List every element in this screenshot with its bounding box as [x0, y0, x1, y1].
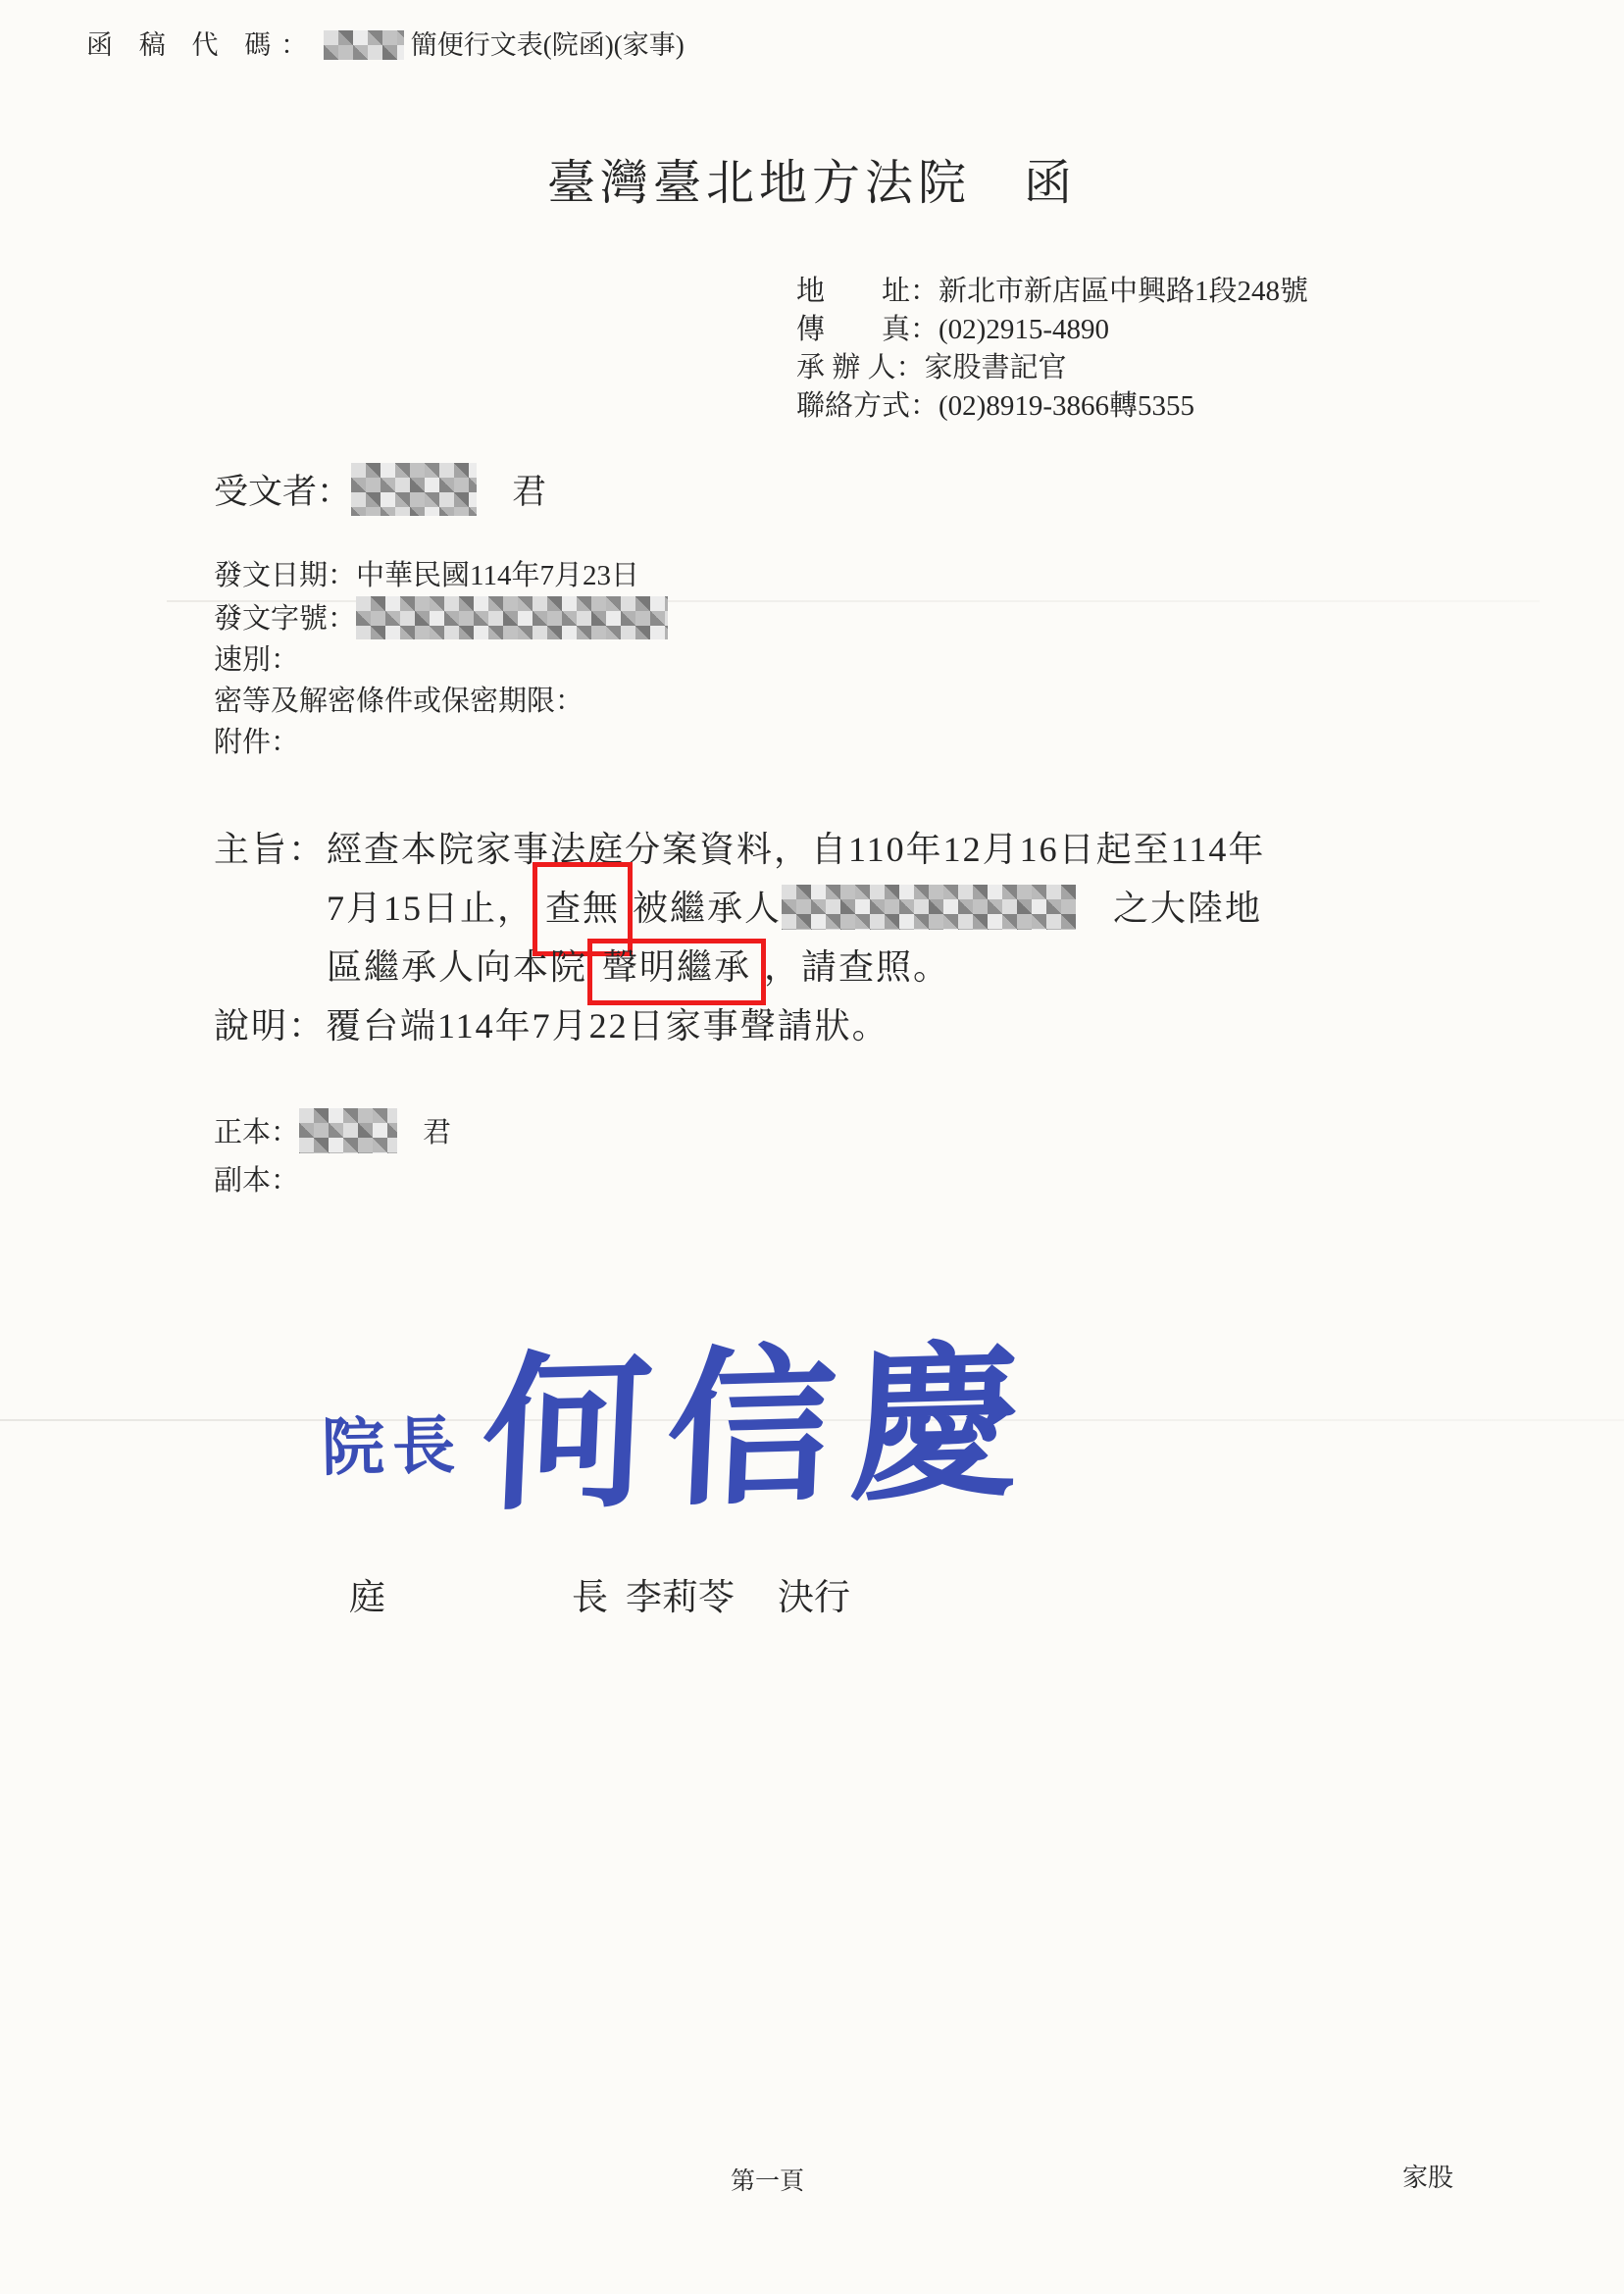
- ref-number-label: 發文字號：: [214, 603, 356, 635]
- draft-code-suffix: 簡便行文表(院函)(家事): [411, 30, 685, 60]
- subject-line-3: 區繼承人向本院聲明繼承，請查照。: [327, 940, 950, 990]
- sender-contact-line: 聯絡方式：(02)8919-3866轉5355: [796, 387, 1308, 426]
- address-label: 地 址：: [796, 276, 939, 307]
- original-copy-honorific: 君: [423, 1117, 451, 1148]
- division-char-chang: 長: [572, 1578, 608, 1618]
- footer-division-code: 家股: [1402, 2158, 1453, 2194]
- redacted-recipient-name: [351, 463, 477, 516]
- original-copy-line: 正本：君: [214, 1108, 451, 1157]
- explanation-label: 說明：: [214, 1006, 326, 1045]
- speed-line: 速別：: [214, 639, 668, 681]
- recipient-honorific: 君: [512, 473, 546, 511]
- subject-label: 主旨：: [214, 822, 326, 872]
- subject-line-1: 經查本院家事法庭分案資料，自110年12月16日起至114年: [327, 822, 1265, 872]
- redacted-draft-code: [324, 30, 404, 60]
- red-highlight-box-shengming: 聲明繼承: [587, 939, 766, 1005]
- attachment-line: 附件：: [214, 722, 668, 763]
- division-chief-line: 庭長李莉苓決行: [349, 1567, 850, 1620]
- court-letter-page: 函 稿 代 碼： 簡便行文表(院函)(家事) 臺灣臺北地方法院 函 地 址：新北…: [0, 0, 1624, 2294]
- division-char-ting: 庭: [349, 1578, 385, 1618]
- redacted-ref-number: [356, 596, 668, 639]
- sender-handler-line: 承 辦 人：家股書記官: [796, 349, 1308, 387]
- issue-date-label: 發文日期：: [214, 560, 356, 591]
- document-meta-block: 發文日期：中華民國114年7月23日 發文字號： 速別： 密等及解密條件或保密期…: [214, 555, 668, 763]
- explanation-line: 說明：覆台端114年7月22日家事聲請狀。: [214, 998, 889, 1048]
- deputized-label: 決行: [778, 1578, 850, 1618]
- draft-code-label: 函 稿 代 碼：: [86, 30, 317, 60]
- handler-value: 家股書記官: [925, 352, 1067, 383]
- footer-page-number: 第一頁: [731, 2162, 804, 2197]
- cc-copy-label: 副本：: [214, 1165, 299, 1197]
- subject-line2-mid: 被繼承人: [633, 889, 782, 928]
- cc-copy-line: 副本：: [214, 1157, 451, 1205]
- president-signature-stamp: 何信慶: [478, 1318, 1040, 1544]
- redacted-decedent-name: [782, 885, 1076, 930]
- contact-label: 聯絡方式：: [796, 390, 939, 422]
- subject-line-2: 7月15日止，查無被繼承人 之大陸地: [327, 881, 1262, 931]
- redacted-original-recipient: [299, 1108, 397, 1153]
- division-chief-name: 李莉苓: [626, 1578, 735, 1618]
- ref-number-line: 發文字號：: [214, 596, 668, 639]
- secrecy-line: 密等及解密條件或保密期限：: [214, 681, 668, 722]
- attachment-label: 附件：: [214, 727, 299, 758]
- issue-date-value: 中華民國114年7月23日: [356, 560, 639, 591]
- sender-info-block: 地 址：新北市新店區中興路1段248號 傳 真：(02)2915-4890 承 …: [796, 273, 1308, 426]
- subject-line3-post: ，請查照。: [764, 947, 950, 987]
- speed-label: 速別：: [214, 644, 299, 676]
- address-value: 新北市新店區中興路1段248號: [939, 276, 1308, 307]
- fax-value: (02)2915-4890: [939, 314, 1109, 345]
- original-copy-label: 正本：: [214, 1117, 299, 1148]
- contact-value: (02)8919-3866轉5355: [939, 390, 1194, 422]
- secrecy-label: 密等及解密條件或保密期限：: [214, 686, 584, 717]
- sender-fax-line: 傳 真：(02)2915-4890: [796, 311, 1308, 349]
- subject-line3-pre: 區繼承人向本院: [327, 947, 587, 987]
- subject-line2-pre: 7月15日止，: [327, 889, 534, 928]
- issue-date-line: 發文日期：中華民國114年7月23日: [214, 555, 668, 596]
- document-title: 臺灣臺北地方法院 函: [0, 145, 1624, 214]
- president-title-stamp: 院長: [321, 1396, 464, 1488]
- copies-block: 正本：君 副本：: [214, 1108, 451, 1205]
- fax-label: 傳 真：: [796, 314, 939, 345]
- explanation-text: 覆台端114年7月22日家事聲請狀。: [326, 1006, 889, 1045]
- sender-address-line: 地 址：新北市新店區中興路1段248號: [796, 273, 1308, 311]
- handler-label: 承 辦 人：: [796, 352, 925, 383]
- draft-code-line: 函 稿 代 碼： 簡便行文表(院函)(家事): [86, 24, 685, 62]
- recipient-label: 受文者：: [214, 473, 351, 511]
- subject-line2-post: 之大陸地: [1076, 889, 1262, 928]
- recipient-line: 受文者：君: [214, 463, 546, 516]
